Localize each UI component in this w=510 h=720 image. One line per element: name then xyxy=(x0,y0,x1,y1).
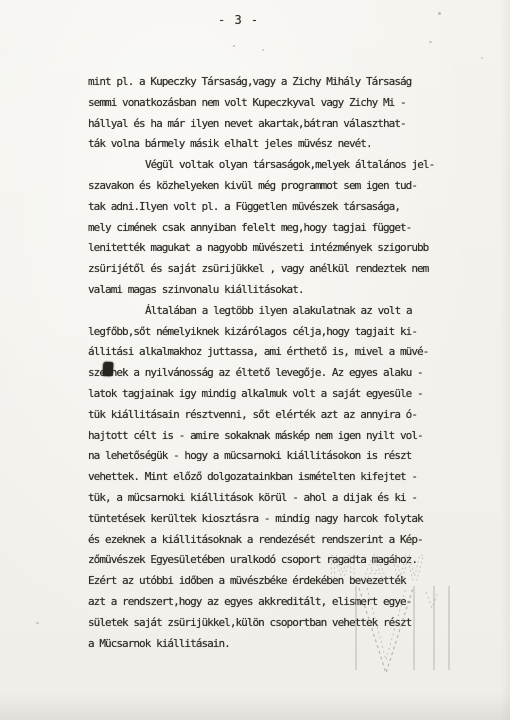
text-line: zsürijétől és saját zsürijükkel , vagy a… xyxy=(88,259,488,280)
text-line: ták volna bármely másik elhalt jeles müv… xyxy=(88,134,488,155)
scanned-document-page: - 3 - mint pl. a Kupeczky Társaság,vagy … xyxy=(0,0,510,720)
text-line: semmi vonatkozásban nem volt Kupeczkyval… xyxy=(88,93,488,114)
text-line: a Mücsarnok kiállitásain. xyxy=(88,634,488,655)
text-line: mely cimének csak annyiban felelt meg,ho… xyxy=(88,218,488,239)
text-line: hajtott célt is - amire sokaknak máskép … xyxy=(88,426,488,447)
ink-blot xyxy=(103,362,114,377)
text-line: hállyal és ha már ilyen nevet akartak,bá… xyxy=(88,114,488,135)
text-line: vehettek. Mint előző dolgozatainkban ism… xyxy=(88,467,488,488)
text-line: mint pl. a Kupeczky Társaság,vagy a Zich… xyxy=(88,72,488,93)
text-line: zőmüvészek Egyesületében uralkodó csopor… xyxy=(88,550,488,571)
page-number: - 3 - xyxy=(218,13,259,27)
scan-speck xyxy=(429,41,432,43)
text-line: valami magas szinvonalu kiállitásokat. xyxy=(88,280,488,301)
text-line: szavakon és közhelyeken kivül még progra… xyxy=(88,176,488,197)
text-line: állitási alkalmakhoz juttassa, ami érthe… xyxy=(88,342,488,363)
text-line: tak adni.Ilyen volt pl. a Független müvé… xyxy=(88,197,488,218)
scan-speck xyxy=(438,12,441,15)
text-line: és ezeknek a kiállitásoknak a rendezését… xyxy=(88,530,488,551)
text-line: sületek saját zsürijükkel,külön csoportb… xyxy=(88,613,488,634)
text-line: na lehetőségük - hogy a mücsarnoki kiáll… xyxy=(88,446,488,467)
scan-speck xyxy=(481,57,483,59)
scan-shadow-right xyxy=(500,0,510,720)
scan-speck xyxy=(233,45,235,47)
text-line: latok tagjainak igy mindig alkalmuk volt… xyxy=(88,384,488,405)
text-line: Ezért az utóbbi időben a müvészbéke érde… xyxy=(88,571,488,592)
text-line: tük, a mücsarnoki kiállitások körül - ah… xyxy=(88,488,488,509)
text-line: legfőbb,sőt némelyiknek kizárólagos célj… xyxy=(88,322,488,343)
text-line: azt a rendszert,hogy az egyes akkreditál… xyxy=(88,592,488,613)
text-line: tük kiállitásain résztvenni, sőt elérték… xyxy=(88,405,488,426)
text-line: lenitették magukat a nagyobb müvészeti i… xyxy=(88,238,488,259)
scan-speck xyxy=(36,622,39,624)
text-line: Végül voltak olyan társaságok,melyek ált… xyxy=(88,155,488,176)
scan-speck xyxy=(262,49,264,51)
document-text: mint pl. a Kupeczky Társaság,vagy a Zich… xyxy=(88,72,488,654)
scan-shadow-bottom xyxy=(0,692,510,720)
text-line: Általában a legtöbb ilyen alakulatnak az… xyxy=(88,301,488,322)
text-line: szeknek a nyilvánosság az éltető levegőj… xyxy=(88,363,488,384)
text-line: tüntetések kerültek kiosztásra - mindig … xyxy=(88,509,488,530)
